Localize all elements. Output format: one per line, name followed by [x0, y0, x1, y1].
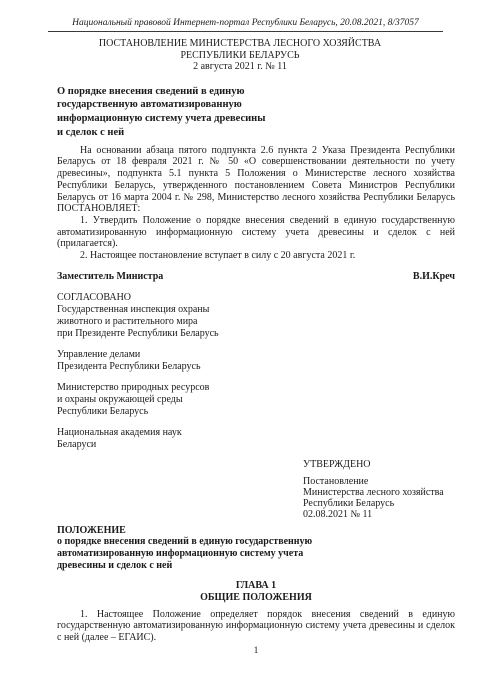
agreed-line: Президента Республики Беларусь [57, 361, 455, 373]
page-number: 1 [57, 646, 455, 657]
agreed-group-ministry-nature: Министерство природных ресурсов и охраны… [57, 382, 455, 418]
portal-header: Национальный правовой Интернет-портал Ре… [48, 17, 443, 32]
approved-section: УТВЕРЖДЕНО Постановление Министерства ле… [303, 459, 455, 520]
agreed-line: животного и растительного мира [57, 316, 455, 328]
regulation-title: ПОЛОЖЕНИЕ о порядке внесения сведений в … [57, 525, 455, 572]
document-page: Национальный правовой Интернет-портал Ре… [0, 0, 480, 657]
agreed-line: Национальная академия наук [57, 427, 455, 439]
chapter-number: ГЛАВА 1 [57, 580, 455, 592]
agreed-group-administration: Управление делами Президента Республики … [57, 349, 455, 373]
agreed-section: СОГЛАСОВАНО Государственная инспекция ох… [57, 292, 455, 451]
agreed-label: СОГЛАСОВАНО [57, 292, 455, 304]
document-title: О порядке внесения сведений в единую гос… [57, 85, 455, 140]
regulation-title-line: древесины и сделок с ней [57, 560, 455, 572]
regulation-title-line: ПОЛОЖЕНИЕ [57, 525, 455, 537]
regulation-text: 1. Настоящее Положение определяет порядо… [57, 609, 455, 644]
signature-row: Заместитель Министра В.И.Креч [57, 271, 455, 283]
document-heading: ПОСТАНОВЛЕНИЕ МИНИСТЕРСТВА ЛЕСНОГО ХОЗЯЙ… [0, 38, 480, 73]
heading-line-republic: РЕСПУБЛИКИ БЕЛАРУСЬ [0, 50, 480, 62]
agreed-line: Беларуси [57, 439, 455, 451]
agreed-line: Управление делами [57, 349, 455, 361]
agreed-line: при Президенте Республики Беларусь [57, 328, 455, 340]
regulation-title-line: автоматизированную информационную систем… [57, 548, 455, 560]
chapter-title: ОБЩИЕ ПОЛОЖЕНИЯ [57, 592, 455, 604]
title-line: государственную автоматизированную [57, 98, 455, 112]
resolution-text: На основании абзаца пятого подпункта 2.6… [57, 145, 455, 262]
preamble-paragraph: На основании абзаца пятого подпункта 2.6… [57, 145, 455, 215]
agreed-line: Государственная инспекция охраны [57, 304, 455, 316]
approved-label: УТВЕРЖДЕНО [303, 459, 455, 470]
agreed-group-academy: Национальная академия наук Беларуси [57, 427, 455, 451]
heading-date-number: 2 августа 2021 г. № 11 [0, 61, 480, 73]
agreed-group-inspection: СОГЛАСОВАНО Государственная инспекция ох… [57, 292, 455, 340]
approved-line: Министерства лесного хозяйства [303, 487, 455, 498]
chapter-heading: ГЛАВА 1 ОБЩИЕ ПОЛОЖЕНИЯ [57, 580, 455, 604]
signatory-position: Заместитель Министра [57, 271, 163, 283]
title-line: О порядке внесения сведений в единую [57, 85, 455, 99]
approved-line: Республики Беларусь [303, 498, 455, 509]
regulation-title-line: о порядке внесения сведений в единую гос… [57, 536, 455, 548]
regulation-paragraph-1: 1. Настоящее Положение определяет порядо… [57, 609, 455, 644]
agreed-line: Республики Беларусь [57, 406, 455, 418]
approved-line: 02.08.2021 № 11 [303, 509, 455, 520]
resolution-item-1: 1. Утвердить Положение о порядке внесени… [57, 215, 455, 250]
document-body: О порядке внесения сведений в единую гос… [57, 85, 455, 657]
resolution-item-2: 2. Настоящее постановление вступает в си… [57, 250, 455, 262]
agreed-line: Министерство природных ресурсов [57, 382, 455, 394]
heading-line-ministry: ПОСТАНОВЛЕНИЕ МИНИСТЕРСТВА ЛЕСНОГО ХОЗЯЙ… [0, 38, 480, 50]
title-line: информационную систему учета древесины [57, 112, 455, 126]
approved-line: Постановление [303, 476, 455, 487]
title-line: и сделок с ней [57, 126, 455, 140]
agreed-line: и охраны окружающей среды [57, 394, 455, 406]
signatory-name: В.И.Креч [413, 271, 455, 283]
